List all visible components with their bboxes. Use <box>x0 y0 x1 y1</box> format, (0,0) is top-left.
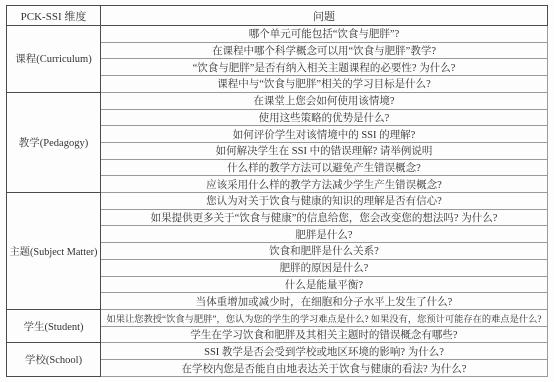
question-cell: 您认为对关于饮食与健康的知识的理解是否有信心? <box>101 193 548 210</box>
question-column-header: 问题 <box>101 6 548 26</box>
dimension-cell: 学校(School) <box>7 343 101 377</box>
dimension-cell: 主题(Subject Matter) <box>7 193 101 310</box>
question-cell: 使用这些策略的优势是什么? <box>101 109 548 126</box>
question-cell: 如何解决学生在 SSI 中的错误理解? 请举例说明 <box>101 142 548 159</box>
table-header-row: PCK-SSI 维度 问题 <box>7 6 548 26</box>
table-row: 学校(School)SSI 教学是否会受到学校或地区环境的影响? 为什么? <box>7 343 548 360</box>
question-cell: 什么样的教学方法可以避免产生错误概念? <box>101 159 548 176</box>
table-row: 学生(Student)如果让您教授“饮食与肥胖”，您认为您的学生的学习难点是什么… <box>7 309 548 326</box>
question-cell: 在学校内您是否能自由地表达关于饮食与健康的看法? 为什么? <box>101 360 548 377</box>
question-cell: 如何评价学生对该情境中的 SSI 的理解? <box>101 126 548 143</box>
question-cell: 肥胖的原因是什么? <box>101 259 548 276</box>
dimension-cell: 教学(Pedagogy) <box>7 92 101 192</box>
question-cell: 如果让您教授“饮食与肥胖”，您认为您的学生的学习难点是什么? 如果没有，您预计可… <box>101 309 548 326</box>
dimension-cell: 课程(Curriculum) <box>7 26 101 93</box>
table-row: 课程(Curriculum)哪个单元可能包括“饮食与肥胖”? <box>7 26 548 43</box>
question-cell: 肥胖是什么? <box>101 226 548 243</box>
table-row: 教学(Pedagogy)在课堂上您会如何使用该情境? <box>7 92 548 109</box>
question-cell: 如果提供更多关于“饮食与健康”的信息给您，您会改变您的想法吗? 为什么? <box>101 209 548 226</box>
dimension-cell: 学生(Student) <box>7 309 101 342</box>
table-row: 主题(Subject Matter)您认为对关于饮食与健康的知识的理解是否有信心… <box>7 193 548 210</box>
question-cell: SSI 教学是否会受到学校或地区环境的影响? 为什么? <box>101 343 548 360</box>
question-cell: “饮食与肥胖”是否有纳入相关主题课程的必要性? 为什么? <box>101 59 548 76</box>
dimension-column-header: PCK-SSI 维度 <box>7 6 101 26</box>
question-cell: 在课堂上您会如何使用该情境? <box>101 92 548 109</box>
question-cell: 应该采用什么样的教学方法减少学生产生错误概念? <box>101 176 548 193</box>
question-cell: 饮食和肥胖是什么关系? <box>101 243 548 260</box>
pck-ssi-question-table: PCK-SSI 维度 问题 课程(Curriculum)哪个单元可能包括“饮食与… <box>6 5 548 377</box>
pck-ssi-question-table-container: PCK-SSI 维度 问题 课程(Curriculum)哪个单元可能包括“饮食与… <box>6 5 548 377</box>
question-cell: 在课程中哪个科学概念可以用“饮食与肥胖”教学? <box>101 42 548 59</box>
question-cell: 当体重增加或减少时，在细胞和分子水平上发生了什么? <box>101 293 548 310</box>
question-cell: 哪个单元可能包括“饮食与肥胖”? <box>101 26 548 43</box>
question-cell: 学生在学习饮食和肥胖及其相关主题时的错误概念有哪些? <box>101 326 548 343</box>
question-cell: 课程中与“饮食与肥胖”相关的学习目标是什么? <box>101 76 548 93</box>
question-cell: 什么是能量平衡? <box>101 276 548 293</box>
